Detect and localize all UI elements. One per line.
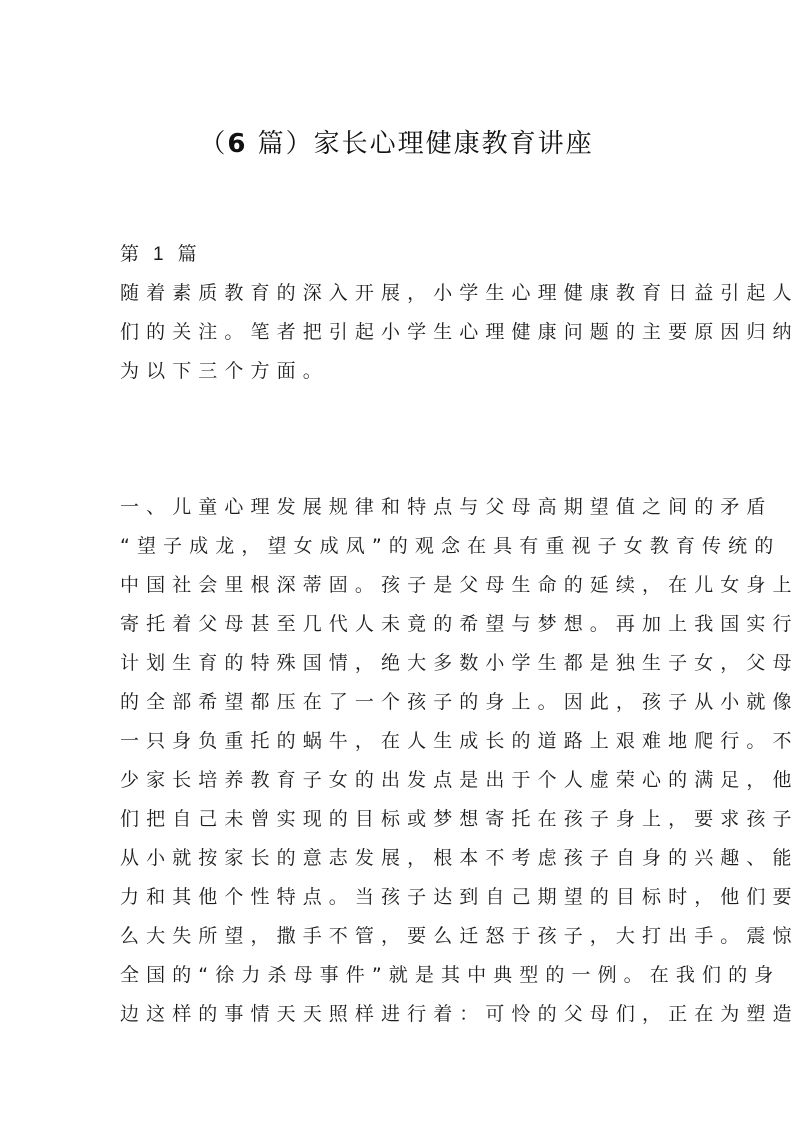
- text-line: 一只身负重托的蜗牛，在人生成长的道路上艰难地爬行。不: [120, 722, 676, 761]
- part-one-paragraph: 一、儿童心理发展规律和特点与父母高期望值之间的矛盾 “望子成龙，望女成凤”的观念…: [120, 488, 676, 1034]
- intro-paragraph: 随着素质教育的深入开展，小学生心理健康教育日益引起人 们的关注。笔者把引起小学生…: [120, 274, 676, 391]
- text-line: 随着素质教育的深入开展，小学生心理健康教育日益引起人: [120, 274, 676, 313]
- section-number: 1: [153, 244, 168, 265]
- text-line: 边这样的事情天天照样进行着：可怜的父母们，正在为塑造: [120, 995, 676, 1034]
- text-line: 计划生育的特殊国情，绝大多数小学生都是独生子女，父母: [120, 644, 676, 683]
- text-line: 力和其他个性特点。当孩子达到自己期望的目标时，他们要: [120, 878, 676, 917]
- section-heading: 第 1 篇: [120, 235, 201, 274]
- document-page: （6 篇）家长心理健康教育讲座 第 1 篇 随着素质教育的深入开展，小学生心理健…: [0, 0, 793, 1122]
- text-line: 从小就按家长的意志发展，根本不考虑孩子自身的兴趣、能: [120, 839, 676, 878]
- text-line: 中国社会里根深蒂固。孩子是父母生命的延续，在儿女身上: [120, 566, 676, 605]
- text-line: 少家长培养教育子女的出发点是出于个人虚荣心的满足，他: [120, 761, 676, 800]
- text-line: 为以下三个方面。: [120, 352, 676, 391]
- text-line: 全国的“徐力杀母事件”就是其中典型的一例。在我们的身: [120, 956, 676, 995]
- title-suffix: 篇）家长心理健康教育讲座: [247, 129, 593, 159]
- text-line: 们的关注。笔者把引起小学生心理健康问题的主要原因归纳: [120, 313, 676, 352]
- part-one-heading: 一、儿童心理发展规律和特点与父母高期望值之间的矛盾: [120, 488, 676, 527]
- title-prefix: （: [199, 129, 227, 159]
- section-label-suffix: 篇: [168, 243, 201, 265]
- text-line: 么大失所望，撒手不管，要么迁怒于孩子，大打出手。震惊: [120, 917, 676, 956]
- document-title: （6 篇）家长心理健康教育讲座: [0, 124, 793, 164]
- section-label-prefix: 第: [120, 243, 153, 265]
- title-number: 6: [227, 129, 247, 159]
- text-line: 的全部希望都压在了一个孩子的身上。因此，孩子从小就像: [120, 683, 676, 722]
- text-line: 们把自己未曾实现的目标或梦想寄托在孩子身上，要求孩子: [120, 800, 676, 839]
- text-line: 寄托着父母甚至几代人未竟的希望与梦想。再加上我国实行: [120, 605, 676, 644]
- text-line: “望子成龙，望女成凤”的观念在具有重视子女教育传统的: [120, 527, 676, 566]
